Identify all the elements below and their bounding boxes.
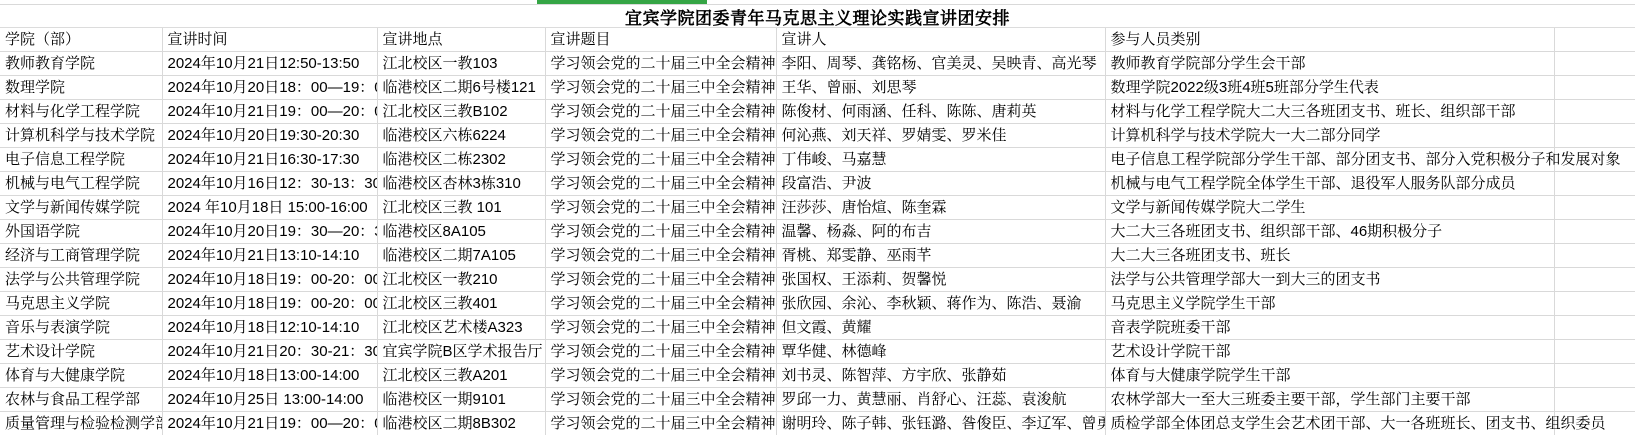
cell-speakers[interactable]: 汪莎莎、唐怡煊、陈奎霖 xyxy=(776,196,1105,220)
cell-time[interactable]: 2024年10月18日13:00-14:00 xyxy=(162,364,377,388)
cell-participants[interactable]: 艺术设计学院干部 xyxy=(1105,340,1554,364)
cell-time[interactable]: 2024年10月20日19：30—20：30 xyxy=(162,220,377,244)
top-gridline-strip xyxy=(0,0,1635,5)
table-row: 教师教育学院2024年10月21日12:50-13:50江北校区一教103学习领… xyxy=(0,52,1635,76)
cell-place[interactable]: 临港校区8A105 xyxy=(377,220,545,244)
cell-place[interactable]: 临港校区二期7A105 xyxy=(377,244,545,268)
table-row: 计算机科学与技术学院2024年10月20日19:30-20:30临港校区六栋62… xyxy=(0,124,1635,148)
schedule-table: 学院（部） 宣讲时间 宣讲地点 宣讲题目 宣讲人 参与人员类别 教师教育学院20… xyxy=(0,28,1635,435)
header-college[interactable]: 学院（部） xyxy=(0,28,162,52)
cell-time[interactable]: 2024年10月18日19：00-20：00 xyxy=(162,292,377,316)
spreadsheet: 宜宾学院团委青年马克思主义理论实践宣讲团安排 学院（部） 宣讲时间 宣讲地点 宣… xyxy=(0,0,1635,435)
empty-cell[interactable] xyxy=(1554,388,1635,412)
cell-place[interactable]: 临港校区一期9101 xyxy=(377,388,545,412)
cell-speakers[interactable]: 覃华健、林德峰 xyxy=(776,340,1105,364)
empty-cell[interactable] xyxy=(1554,316,1635,340)
cell-place[interactable]: 临港校区六栋6224 xyxy=(377,124,545,148)
cell-place[interactable]: 江北校区三教B102 xyxy=(377,100,545,124)
cell-speakers[interactable]: 段富浩、尹波 xyxy=(776,172,1105,196)
table-row: 电子信息工程学院2024年10月21日16:30-17:30临港校区二栋2302… xyxy=(0,148,1635,172)
cell-time[interactable]: 2024年10月21日19：00—20：00 xyxy=(162,412,377,435)
cell-participants[interactable]: 机械与电气工程学院全体学生干部、退役军人服务队部分成员 xyxy=(1105,172,1554,196)
table-row: 材料与化学工程学院2024年10月21日19：00—20：00江北校区三教B10… xyxy=(0,100,1635,124)
header-place[interactable]: 宣讲地点 xyxy=(377,28,545,52)
empty-header-cell[interactable] xyxy=(1554,28,1635,52)
selection-indicator xyxy=(537,0,707,4)
header-time[interactable]: 宣讲时间 xyxy=(162,28,377,52)
empty-cell[interactable] xyxy=(1554,244,1635,268)
cell-place[interactable]: 临港校区二期6号楼121 xyxy=(377,76,545,100)
cell-topic[interactable]: 学习领会党的二十届三中全会精神 xyxy=(545,244,776,268)
cell-topic[interactable]: 学习领会党的二十届三中全会精神 xyxy=(545,220,776,244)
cell-college[interactable]: 机械与电气工程学院 xyxy=(0,172,162,196)
cell-college[interactable]: 数理学院 xyxy=(0,76,162,100)
cell-time[interactable]: 2024年10月18日19：00-20：00 xyxy=(162,268,377,292)
table-row: 马克思主义学院2024年10月18日19：00-20：00江北校区三教401学习… xyxy=(0,292,1635,316)
cell-speakers[interactable]: 王华、曾丽、刘思琴 xyxy=(776,76,1105,100)
table-row: 数理学院2024年10月20日18：00—19：00临港校区二期6号楼121学习… xyxy=(0,76,1635,100)
cell-topic[interactable]: 学习领会党的二十届三中全会精神 xyxy=(545,268,776,292)
cell-place[interactable]: 江北校区三教401 xyxy=(377,292,545,316)
empty-cell[interactable] xyxy=(1554,340,1635,364)
cell-topic[interactable]: 学习领会党的二十届三中全会精神 xyxy=(545,412,776,435)
cell-college[interactable]: 教师教育学院 xyxy=(0,52,162,76)
empty-cell[interactable] xyxy=(1554,172,1635,196)
cell-time[interactable]: 2024年10月25日 13:00-14:00 xyxy=(162,388,377,412)
empty-cell[interactable] xyxy=(1554,52,1635,76)
cell-college[interactable]: 法学与公共管理学院 xyxy=(0,268,162,292)
table-row: 农林与食品工程学部2024年10月25日 13:00-14:00临港校区一期91… xyxy=(0,388,1635,412)
cell-place[interactable]: 宜宾学院B区学术报告厅 xyxy=(377,340,545,364)
header-speakers[interactable]: 宣讲人 xyxy=(776,28,1105,52)
cell-participants[interactable]: 体育与大健康学院学生干部 xyxy=(1105,364,1554,388)
cell-place[interactable]: 江北校区三教 101 xyxy=(377,196,545,220)
cell-topic[interactable]: 学习领会党的二十届三中全会精神 xyxy=(545,124,776,148)
cell-time[interactable]: 2024年10月20日18：00—19：00 xyxy=(162,76,377,100)
cell-college[interactable]: 电子信息工程学院 xyxy=(0,148,162,172)
empty-cell[interactable] xyxy=(1554,364,1635,388)
cell-participants[interactable]: 马克思主义学院学生干部 xyxy=(1105,292,1554,316)
cell-topic[interactable]: 学习领会党的二十届三中全会精神 xyxy=(545,52,776,76)
cell-topic[interactable]: 学习领会党的二十届三中全会精神 xyxy=(545,196,776,220)
header-participants[interactable]: 参与人员类别 xyxy=(1105,28,1554,52)
cell-place[interactable]: 江北校区一教210 xyxy=(377,268,545,292)
cell-participants[interactable]: 数理学院2022级3班4班5班部分学生代表 xyxy=(1105,76,1554,100)
cell-participants[interactable]: 电子信息工程学院部分学生干部、部分团支书、部分入党积极分子和发展对象 xyxy=(1105,148,1554,172)
cell-time[interactable]: 2024年10月21日20：30-21：30 xyxy=(162,340,377,364)
table-row: 体育与大健康学院2024年10月18日13:00-14:00江北校区三教A201… xyxy=(0,364,1635,388)
table-row: 音乐与表演学院2024年10月18日12:10-14:10江北校区艺术楼A323… xyxy=(0,316,1635,340)
cell-college[interactable]: 艺术设计学院 xyxy=(0,340,162,364)
cell-time[interactable]: 2024年10月20日19:30-20:30 xyxy=(162,124,377,148)
cell-speakers[interactable]: 谢明玲、陈子韩、张钰潞、昝俊臣、李辽军、曾勇 xyxy=(776,412,1105,435)
cell-topic[interactable]: 学习领会党的二十届三中全会精神 xyxy=(545,388,776,412)
cell-topic[interactable]: 学习领会党的二十届三中全会精神 xyxy=(545,316,776,340)
cell-college[interactable]: 文学与新闻传媒学院 xyxy=(0,196,162,220)
cell-participants[interactable]: 农林学部大一至大三班委主要干部，学生部门主要干部 xyxy=(1105,388,1554,412)
cell-participants[interactable]: 计算机科学与技术学院大一大二部分同学 xyxy=(1105,124,1554,148)
cell-speakers[interactable]: 陈俊材、何雨涵、任科、陈陈、唐莉英 xyxy=(776,100,1105,124)
cell-college[interactable]: 马克思主义学院 xyxy=(0,292,162,316)
cell-speakers[interactable]: 何沁燕、刘天祥、罗婧雯、罗米佳 xyxy=(776,124,1105,148)
cell-speakers[interactable]: 张国权、王添莉、贺馨悦 xyxy=(776,268,1105,292)
cell-topic[interactable]: 学习领会党的二十届三中全会精神 xyxy=(545,172,776,196)
cell-speakers[interactable]: 胥桃、郑雯静、巫雨芊 xyxy=(776,244,1105,268)
cell-participants[interactable]: 质检学部全体团总支学生会艺术团干部、大一各班班长、团支书、组织委员 xyxy=(1105,412,1554,435)
cell-college[interactable]: 质量管理与检验检测学部 xyxy=(0,412,162,435)
cell-participants[interactable]: 大二大三各班团支书、组织部干部、46期积极分子 xyxy=(1105,220,1554,244)
cell-participants[interactable]: 材料与化学工程学院大二大三各班团支书、班长、组织部干部 xyxy=(1105,100,1554,124)
cell-college[interactable]: 体育与大健康学院 xyxy=(0,364,162,388)
empty-cell[interactable] xyxy=(1554,100,1635,124)
empty-cell[interactable] xyxy=(1554,220,1635,244)
cell-time[interactable]: 2024年10月21日13:10-14:10 xyxy=(162,244,377,268)
table-row: 机械与电气工程学院2024年10月16日12：30-13：30临港校区杏林3栋3… xyxy=(0,172,1635,196)
cell-participants[interactable]: 教师教育学院部分学生会干部 xyxy=(1105,52,1554,76)
cell-time[interactable]: 2024 年10月18日 15:00-16:00 xyxy=(162,196,377,220)
cell-speakers[interactable]: 温馨、杨淼、阿的布吉 xyxy=(776,220,1105,244)
title-cell[interactable]: 宜宾学院团委青年马克思主义理论实践宣讲团安排 xyxy=(0,5,1635,28)
cell-participants[interactable]: 法学与公共管理学部大一到大三的团支书 xyxy=(1105,268,1554,292)
table-row: 文学与新闻传媒学院2024 年10月18日 15:00-16:00江北校区三教 … xyxy=(0,196,1635,220)
sheet-title: 宜宾学院团委青年马克思主义理论实践宣讲团安排 xyxy=(625,4,1010,29)
cell-college[interactable]: 外国语学院 xyxy=(0,220,162,244)
cell-speakers[interactable]: 丁伟峻、马嘉慧 xyxy=(776,148,1105,172)
header-topic[interactable]: 宣讲题目 xyxy=(545,28,776,52)
cell-speakers[interactable]: 张欣园、余沁、李秋颖、蒋作为、陈浩、聂渝 xyxy=(776,292,1105,316)
cell-speakers[interactable]: 但文霞、黄耀 xyxy=(776,316,1105,340)
empty-cell[interactable] xyxy=(1554,268,1635,292)
cell-speakers[interactable]: 刘书灵、陈智萍、方宇欣、张静茹 xyxy=(776,364,1105,388)
cell-topic[interactable]: 学习领会党的二十届三中全会精神 xyxy=(545,292,776,316)
empty-cell[interactable] xyxy=(1554,124,1635,148)
cell-speakers[interactable]: 罗邱一力、黄慧丽、肖舒心、汪蕊、袁浚航 xyxy=(776,388,1105,412)
table-row: 法学与公共管理学院2024年10月18日19：00-20：00江北校区一教210… xyxy=(0,268,1635,292)
cell-college[interactable]: 材料与化学工程学院 xyxy=(0,100,162,124)
cell-time[interactable]: 2024年10月21日19：00—20：00 xyxy=(162,100,377,124)
cell-participants[interactable]: 大二大三各班团支书、班长 xyxy=(1105,244,1554,268)
cell-topic[interactable]: 学习领会党的二十届三中全会精神 xyxy=(545,148,776,172)
table-row: 质量管理与检验检测学部2024年10月21日19：00—20：00临港校区二期8… xyxy=(0,412,1635,435)
table-row: 艺术设计学院2024年10月21日20：30-21：30宜宾学院B区学术报告厅学… xyxy=(0,340,1635,364)
cell-time[interactable]: 2024年10月16日12：30-13：30 xyxy=(162,172,377,196)
cell-college[interactable]: 经济与工商管理学院 xyxy=(0,244,162,268)
cell-topic[interactable]: 学习领会党的二十届三中全会精神 xyxy=(545,340,776,364)
cell-place[interactable]: 江北校区艺术楼A323 xyxy=(377,316,545,340)
empty-cell[interactable] xyxy=(1554,196,1635,220)
cell-college[interactable]: 音乐与表演学院 xyxy=(0,316,162,340)
cell-place[interactable]: 临港校区杏林3栋310 xyxy=(377,172,545,196)
table-row: 经济与工商管理学院2024年10月21日13:10-14:10临港校区二期7A1… xyxy=(0,244,1635,268)
empty-cell[interactable] xyxy=(1554,76,1635,100)
cell-topic[interactable]: 学习领会党的二十届三中全会精神 xyxy=(545,76,776,100)
cell-college[interactable]: 农林与食品工程学部 xyxy=(0,388,162,412)
cell-place[interactable]: 江北校区一教103 xyxy=(377,52,545,76)
header-row: 学院（部） 宣讲时间 宣讲地点 宣讲题目 宣讲人 参与人员类别 xyxy=(0,28,1635,52)
cell-time[interactable]: 2024年10月21日12:50-13:50 xyxy=(162,52,377,76)
cell-participants[interactable]: 音表学院班委干部 xyxy=(1105,316,1554,340)
cell-time[interactable]: 2024年10月21日16:30-17:30 xyxy=(162,148,377,172)
cell-place[interactable]: 江北校区三教A201 xyxy=(377,364,545,388)
cell-place[interactable]: 临港校区二栋2302 xyxy=(377,148,545,172)
cell-topic[interactable]: 学习领会党的二十届三中全会精神 xyxy=(545,100,776,124)
cell-time[interactable]: 2024年10月18日12:10-14:10 xyxy=(162,316,377,340)
cell-place[interactable]: 临港校区二期8B302 xyxy=(377,412,545,435)
cell-college[interactable]: 计算机科学与技术学院 xyxy=(0,124,162,148)
empty-cell[interactable] xyxy=(1554,292,1635,316)
cell-speakers[interactable]: 李阳、周琴、龚铭杨、官美灵、吴映青、高光琴 xyxy=(776,52,1105,76)
cell-topic[interactable]: 学习领会党的二十届三中全会精神 xyxy=(545,364,776,388)
table-row: 外国语学院2024年10月20日19：30—20：30临港校区8A105学习领会… xyxy=(0,220,1635,244)
cell-participants[interactable]: 文学与新闻传媒学院大二学生 xyxy=(1105,196,1554,220)
